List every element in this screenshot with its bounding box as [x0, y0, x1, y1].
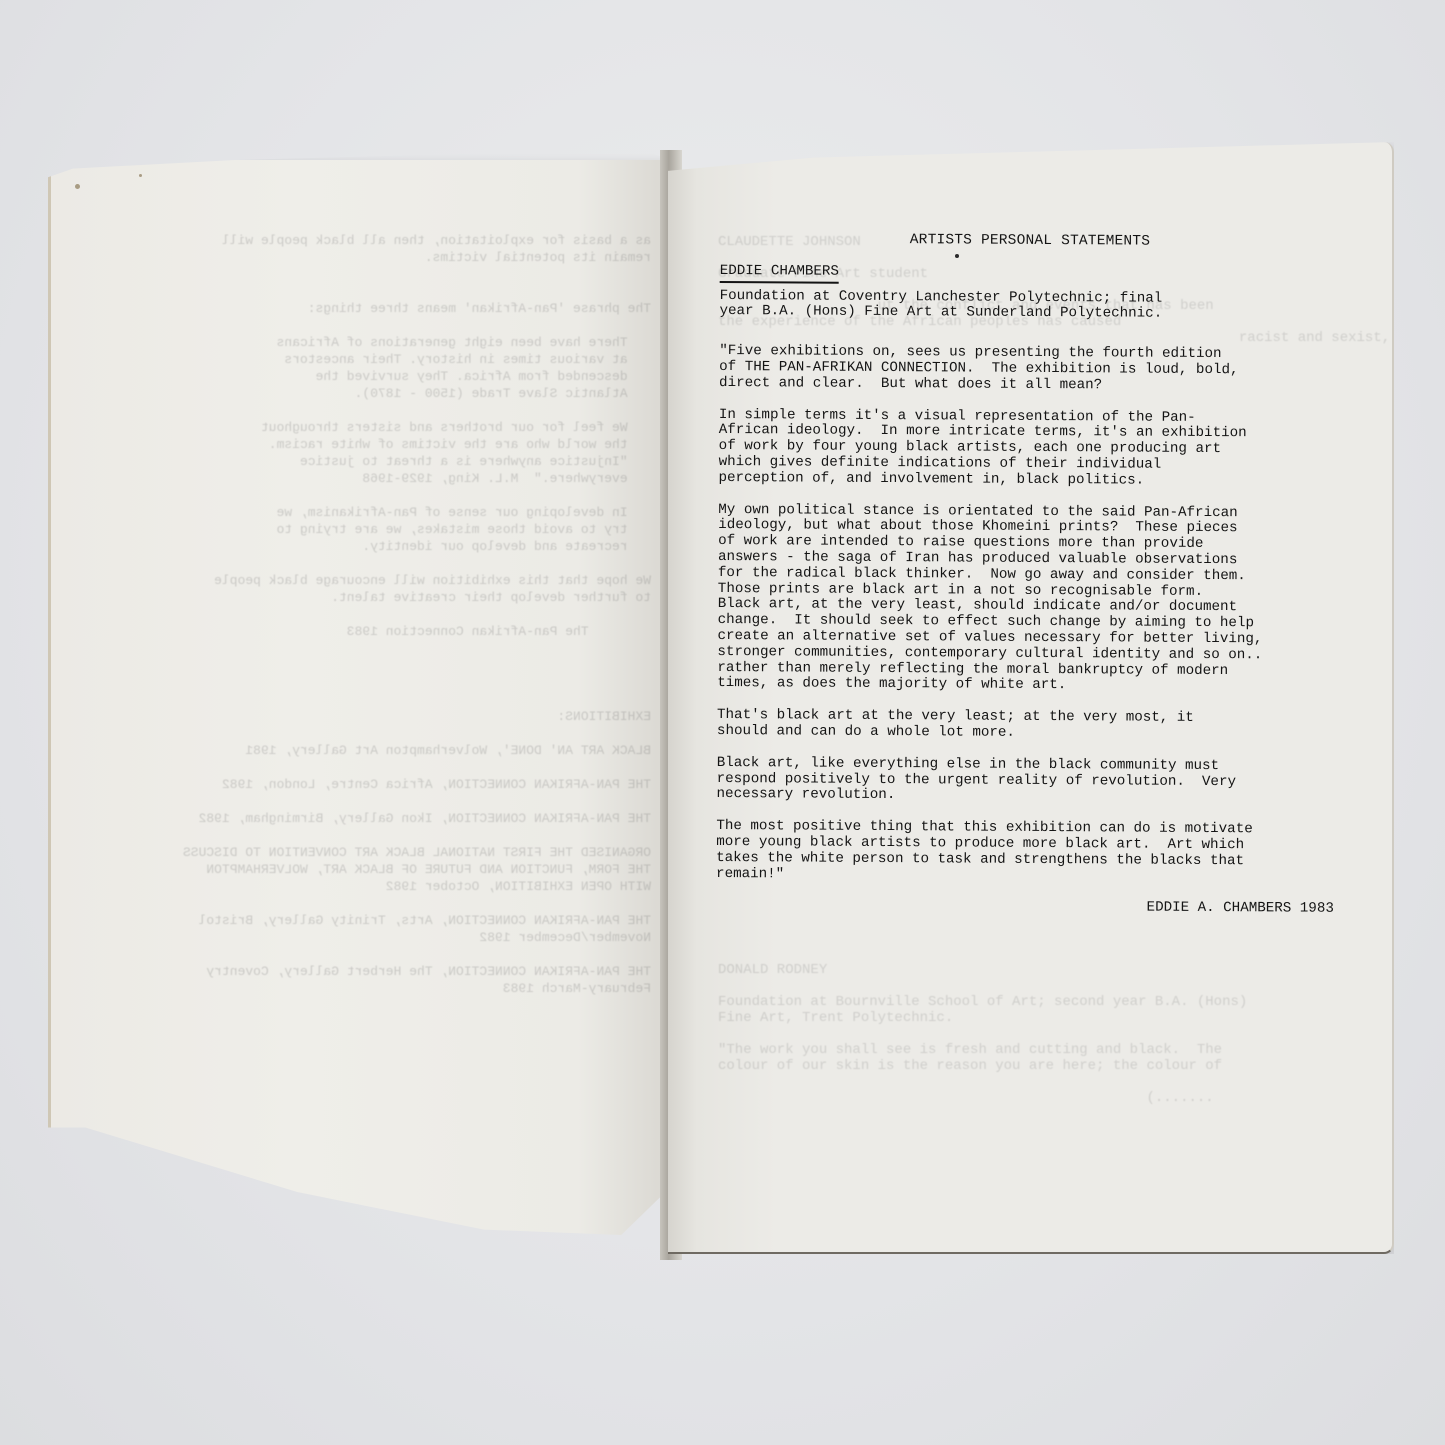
right-page: CLAUDETTE JOHNSON Graduate Fine Art stud… — [668, 142, 1394, 1254]
right-page-showthrough-lower: DONALD RODNEY Foundation at Bournville S… — [718, 962, 1247, 1106]
statement-paragraph-1: "Five exhibitions on, sees us presenting… — [719, 344, 1339, 395]
artist-name: EDDIE CHAMBERS — [720, 264, 839, 284]
foxing-spot — [139, 174, 142, 177]
statement-paragraph-2: In simple terms it's a visual representa… — [718, 408, 1338, 491]
foxing-spot — [75, 184, 80, 189]
page-heading: ARTISTS PERSONAL STATEMENTS — [720, 232, 1340, 252]
statement-paragraph-3: My own political stance is orientated to… — [717, 503, 1338, 696]
statement-paragraph-6: The most positive thing that this exhibi… — [716, 819, 1336, 886]
statement-paragraph-4: That's black art at the very least; at t… — [717, 708, 1337, 743]
signature: EDDIE A. CHAMBERS 1983 — [716, 898, 1336, 918]
left-page: as a basis for exploitation, then all bl… — [48, 160, 671, 1235]
artist-statement: ARTISTS PERSONAL STATEMENTS EDDIE CHAMBE… — [716, 232, 1340, 934]
left-page-showthrough-text: as a basis for exploitation, then all bl… — [141, 215, 651, 997]
artist-education: Foundation at Coventry Lanchester Polyte… — [719, 289, 1339, 324]
statement-paragraph-5: Black art, like everything else in the b… — [717, 756, 1337, 807]
